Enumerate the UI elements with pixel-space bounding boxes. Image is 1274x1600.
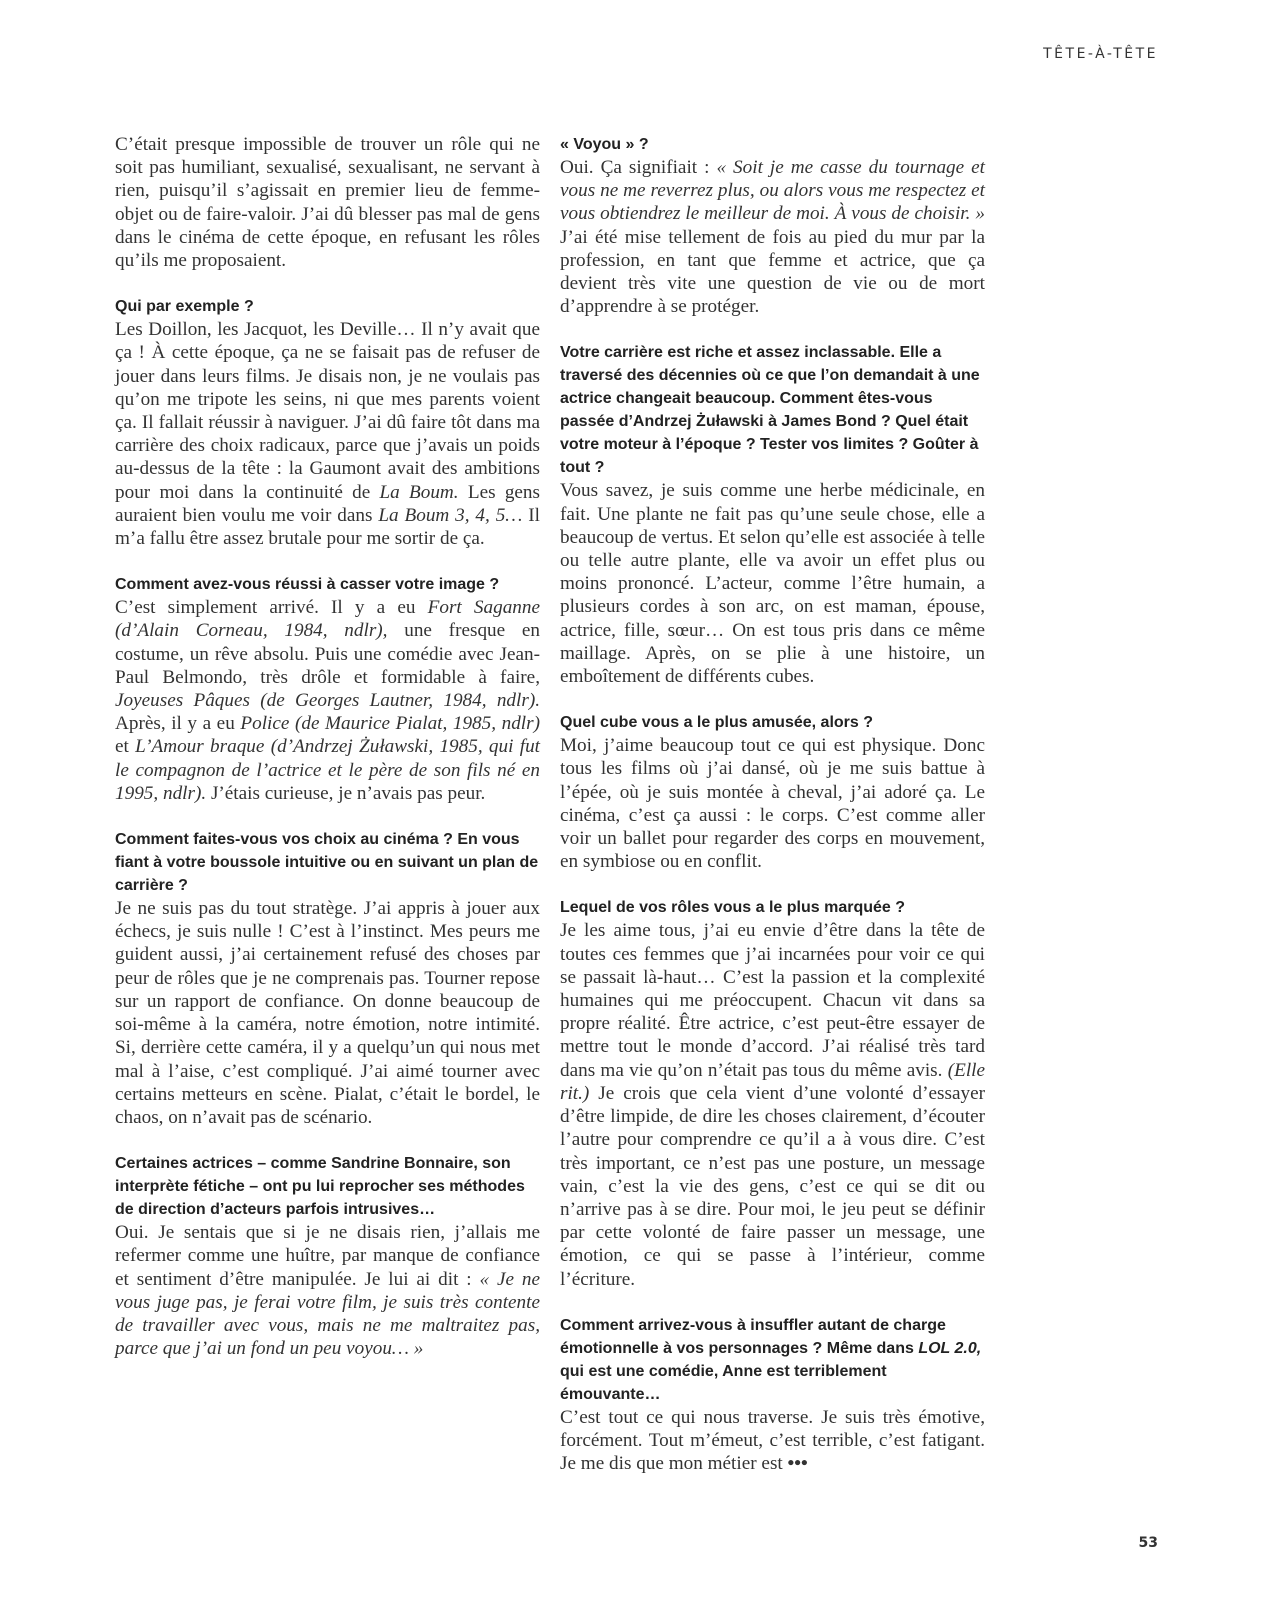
question: « Voyou » ? xyxy=(560,133,985,156)
question: Certaines actrices – comme Sandrine Bonn… xyxy=(115,1152,540,1221)
answer: Oui. Ça signifiait : « Soit je me casse … xyxy=(560,156,985,318)
answer: Moi, j’aime beaucoup tout ce qui est phy… xyxy=(560,734,985,873)
answer: Les Doillon, les Jacquot, les Deville… I… xyxy=(115,318,540,550)
section-tag: TÊTE-À-TÊTE xyxy=(1043,46,1158,62)
answer: Oui. Je sentais que si je ne disais rien… xyxy=(115,1221,540,1360)
answer: Vous savez, je suis comme une herbe médi… xyxy=(560,479,985,688)
left-column: C’était presque impossible de trouver un… xyxy=(115,133,540,1383)
answer: Je ne suis pas du tout stratège. J’ai ap… xyxy=(115,897,540,1129)
qa-block: Comment arrivez-vous à insuffler autant … xyxy=(560,1314,985,1476)
question: Votre carrière est riche et assez inclas… xyxy=(560,341,985,479)
question: Comment avez-vous réussi à casser votre … xyxy=(115,573,540,596)
qa-block: Comment avez-vous réussi à casser votre … xyxy=(115,573,540,805)
answer: Je les aime tous, j’ai eu envie d’être d… xyxy=(560,919,985,1290)
intro-paragraph: C’était presque impossible de trouver un… xyxy=(115,133,540,272)
question: Quel cube vous a le plus amusée, alors ? xyxy=(560,711,985,734)
page-number: 53 xyxy=(1139,1535,1158,1551)
qa-block: Lequel de vos rôles vous a le plus marqu… xyxy=(560,896,985,1290)
question: Qui par exemple ? xyxy=(115,295,540,318)
question: Comment faites-vous vos choix au cinéma … xyxy=(115,828,540,897)
qa-block: « Voyou » ? Oui. Ça signifiait : « Soit … xyxy=(560,133,985,318)
continuation-marker: ••• xyxy=(788,1453,808,1474)
qa-block: Certaines actrices – comme Sandrine Bonn… xyxy=(115,1152,540,1360)
answer: C’est tout ce qui nous traverse. Je suis… xyxy=(560,1406,985,1476)
qa-block: Comment faites-vous vos choix au cinéma … xyxy=(115,828,540,1129)
question: Lequel de vos rôles vous a le plus marqu… xyxy=(560,896,985,919)
answer: C’est simplement arrivé. Il y a eu Fort … xyxy=(115,596,540,805)
qa-block: Votre carrière est riche et assez inclas… xyxy=(560,341,985,688)
qa-block: Qui par exemple ? Les Doillon, les Jacqu… xyxy=(115,295,540,550)
question: Comment arrivez-vous à insuffler autant … xyxy=(560,1314,985,1406)
qa-block: Quel cube vous a le plus amusée, alors ?… xyxy=(560,711,985,873)
right-column: « Voyou » ? Oui. Ça signifiait : « Soit … xyxy=(560,133,985,1498)
